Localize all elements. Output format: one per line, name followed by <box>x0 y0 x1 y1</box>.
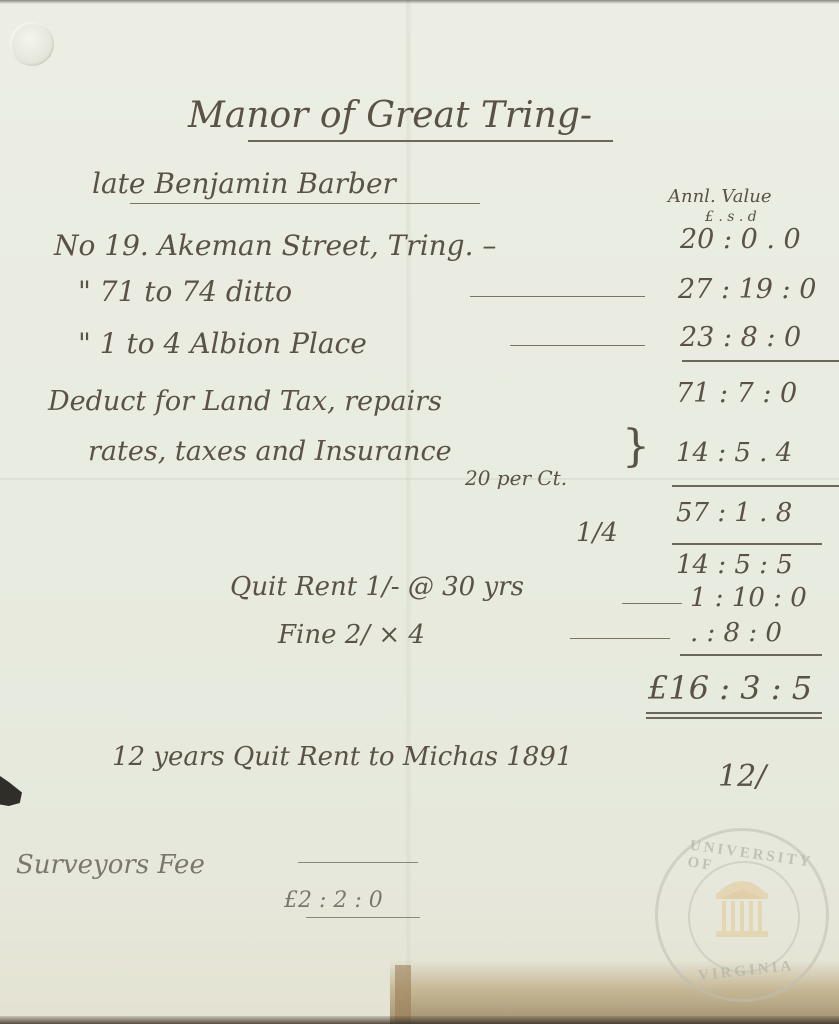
deduction-line-2: rates, taxes and Insurance <box>88 438 452 465</box>
torn-edge <box>0 776 22 806</box>
university-seal-watermark: UNIVERSITY OF VIRGINIA <box>655 828 829 1002</box>
surveyor-fee-value: £2 : 2 : 0 <box>284 890 383 912</box>
total-value: £16 : 3 : 5 <box>648 672 812 704</box>
net-rule <box>672 485 839 487</box>
quit-rent-label: Quit Rent 1/- @ 30 yrs <box>230 574 524 600</box>
column-header-annual-value: Annl. Value <box>668 188 771 206</box>
deduction-brace: } <box>622 425 650 469</box>
property-line-3: " 1 to 4 Albion Place <box>78 330 367 358</box>
manuscript-page: Manor of Great Tring- late Benjamin Barb… <box>0 0 839 1024</box>
net-underline <box>672 543 822 545</box>
quarter-value: 14 : 5 : 5 <box>676 552 793 578</box>
property-line-2: " 71 to 74 ditto <box>78 278 292 306</box>
document-subtitle: late Benjamin Barber <box>92 170 396 198</box>
subtitle-underline <box>130 203 480 204</box>
total-rule <box>680 654 822 656</box>
property-leader-3 <box>510 345 645 346</box>
surveyor-fee-label: Surveyors Fee <box>16 852 205 878</box>
subtotal-rule <box>682 360 839 362</box>
title-underline <box>248 140 613 142</box>
fine-label: Fine 2/ × 4 <box>278 622 425 648</box>
arrears-note-value: 12/ <box>718 762 766 792</box>
total-double-underline-1 <box>646 712 822 714</box>
property-line-1: No 19. Akeman Street, Tring. – <box>54 232 496 260</box>
property-value-1: 20 : 0 . 0 <box>680 226 801 253</box>
quit-rent-value: 1 : 10 : 0 <box>690 585 807 611</box>
paper-fold-line <box>0 478 839 480</box>
deduction-rate: 20 per Ct. <box>465 468 567 488</box>
quarter-fraction: 1/4 <box>576 520 618 546</box>
net-value: 57 : 1 . 8 <box>676 500 792 526</box>
property-value-2: 27 : 19 : 0 <box>678 276 816 303</box>
quit-rent-leader <box>622 603 682 604</box>
property-value-3: 23 : 8 : 0 <box>680 324 801 351</box>
bottom-edge-shadow <box>0 1016 839 1024</box>
subtotal-value: 71 : 7 : 0 <box>676 380 797 407</box>
arrears-note-label: 12 years Quit Rent to Michas 1891 <box>112 744 572 770</box>
total-double-underline-2 <box>646 717 822 719</box>
property-leader-2 <box>470 296 645 297</box>
deduction-line-1: Deduct for Land Tax, repairs <box>48 388 442 415</box>
document-title: Manor of Great Tring- <box>188 98 592 134</box>
embossed-stamp-icon <box>10 22 54 66</box>
fine-value: . : 8 : 0 <box>690 620 782 646</box>
surveyor-fee-underline <box>306 917 420 918</box>
column-header-units: £ . s . d <box>705 210 757 224</box>
deduction-value: 14 : 5 . 4 <box>676 440 792 466</box>
rotunda-icon <box>710 871 774 949</box>
fine-leader <box>570 638 670 639</box>
surveyor-fee-line <box>298 862 418 863</box>
